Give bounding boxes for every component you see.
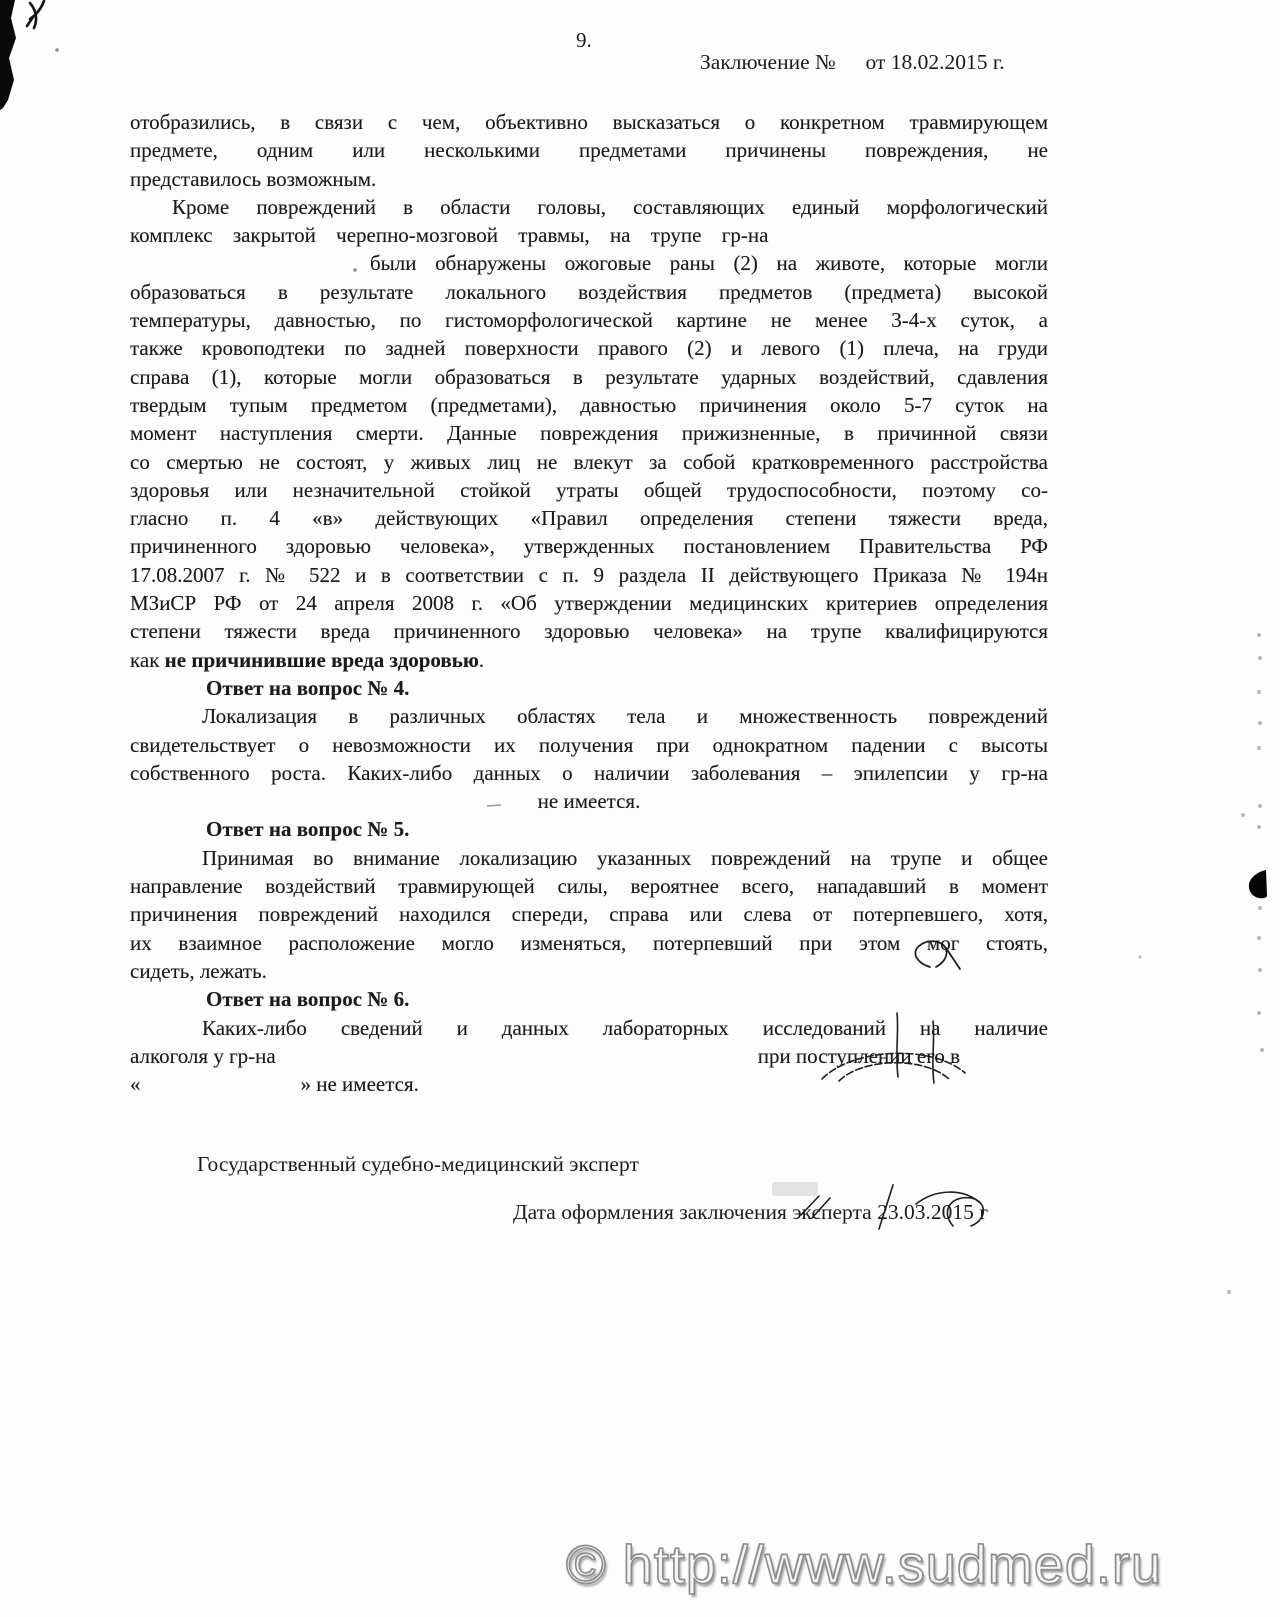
sudmed-watermark: © http://www.sudmed.ru bbox=[566, 1534, 1162, 1596]
text-run: момент наступления смерти. Данные повреж… bbox=[130, 421, 1048, 445]
text-line: Локализация в различных областях тела и … bbox=[130, 702, 1048, 730]
scan-smudge bbox=[772, 1182, 818, 1196]
text-run: Принимая во внимание локализацию указанн… bbox=[202, 846, 1048, 870]
text-run: Ответ на вопрос № 4. bbox=[206, 676, 409, 700]
text-line: гласно п. 4 «в» действующих «Правил опре… bbox=[130, 504, 1048, 532]
text-line: комплекс закрытой черепно-мозговой травм… bbox=[130, 221, 1048, 249]
text-run: не причинившие вреда здоровью bbox=[165, 648, 479, 672]
lambda-mark-icon bbox=[27, 1, 44, 28]
page-number: 9. bbox=[576, 28, 592, 53]
text-line: 17.08.2007 г. № 522 и в соответствии с п… bbox=[130, 561, 1048, 589]
text-run: их взаимное расположение могло изменятьс… bbox=[130, 931, 1048, 955]
text-line: направление воздействий травмирующей сил… bbox=[130, 872, 1048, 900]
text-run: « bbox=[130, 1072, 141, 1096]
text-line: со смертью не состоят, у живых лиц не вл… bbox=[130, 448, 1048, 476]
text-line: причинения повреждений находился спереди… bbox=[130, 900, 1048, 928]
text-line: сидеть, лежать. bbox=[130, 957, 1048, 985]
text-run: » не имеется. bbox=[301, 1072, 419, 1096]
text-run: Ответ на вопрос № 6. bbox=[206, 987, 409, 1011]
conclusion-date: от 18.02.2015 г. bbox=[866, 50, 1005, 74]
text-line: температуры, давностью, по гистоморфолог… bbox=[130, 306, 1048, 334]
text-run: 17.08.2007 г. № 522 и в соответствии с п… bbox=[130, 563, 1048, 587]
text-run: . bbox=[479, 648, 484, 672]
text-run: были обнаружены ожоговые раны (2) на жив… bbox=[370, 251, 1048, 275]
text-line: Каких-либо сведений и данных лабораторны… bbox=[130, 1014, 1048, 1042]
ink-dot bbox=[55, 48, 59, 52]
text-line: Принимая во внимание локализацию указанн… bbox=[130, 844, 1048, 872]
document-body: отобразились, в связи с чем, объективно … bbox=[130, 108, 1048, 1098]
text-line: твердым тупым предметом (предметами), да… bbox=[130, 391, 1048, 419]
text-run: причинения повреждений находился спереди… bbox=[130, 902, 1048, 926]
text-run: Локализация в различных областях тела и … bbox=[202, 704, 1048, 728]
scan-edge-strip bbox=[0, 0, 16, 110]
text-line: отобразились, в связи с чем, объективно … bbox=[130, 108, 1048, 136]
expert-title: Государственный судебно-медицинский эксп… bbox=[197, 1152, 639, 1177]
text-run: причиненного здоровью человека», утвержд… bbox=[130, 534, 1048, 558]
conclusion-issue-date: Дата оформления заключения эксперта 23.0… bbox=[513, 1200, 988, 1225]
scanned-document-page: { "page": { "number": "9.", "header_labe… bbox=[0, 0, 1280, 1617]
text-run: гласно п. 4 «в» действующих «Правил опре… bbox=[130, 506, 1048, 530]
conclusion-label: Заключение № bbox=[700, 50, 836, 74]
text-line: также кровоподтеки по задней поверхности… bbox=[130, 334, 1048, 362]
text-line: «» не имеется. bbox=[130, 1070, 1048, 1098]
text-run: образоваться в результате локального воз… bbox=[130, 280, 1048, 304]
text-run: собственного роста. Каких-либо данных о … bbox=[130, 761, 1048, 785]
text-run: не имеется. bbox=[538, 789, 641, 813]
text-line: здоровья или незначительной стойкой утра… bbox=[130, 476, 1048, 504]
text-line: Ответ на вопрос № 5. bbox=[130, 815, 1048, 843]
text-line: не имеется. bbox=[130, 787, 1048, 815]
text-run: направление воздействий травмирующей сил… bbox=[130, 874, 1048, 898]
text-run: Ответ на вопрос № 5. bbox=[206, 817, 409, 841]
text-line: образоваться в результате локального воз… bbox=[130, 278, 1048, 306]
text-run: алкоголя у гр-на bbox=[130, 1042, 276, 1070]
ink-blob-right-edge bbox=[1249, 870, 1267, 898]
text-run: представилось возможным. bbox=[130, 167, 376, 191]
text-run: также кровоподтеки по задней поверхности… bbox=[130, 336, 1048, 360]
text-run: Каких-либо сведений и данных лабораторны… bbox=[202, 1016, 1048, 1040]
text-run: твердым тупым предметом (предметами), да… bbox=[130, 393, 1048, 417]
text-line: их взаимное расположение могло изменятьс… bbox=[130, 929, 1048, 957]
text-line: причиненного здоровью человека», утвержд… bbox=[130, 532, 1048, 560]
text-run: справа (1), которые могли образоваться в… bbox=[130, 365, 1048, 389]
text-run: температуры, давностью, по гистоморфолог… bbox=[130, 308, 1048, 332]
text-run: МЗиСР РФ от 24 апреля 2008 г. «Об утверж… bbox=[130, 591, 1048, 615]
text-line: Ответ на вопрос № 4. bbox=[130, 674, 1048, 702]
text-run: свидетельствует о невозможности их получ… bbox=[130, 733, 1048, 757]
text-run: предмете, одним или несколькими предмета… bbox=[130, 138, 1048, 162]
text-line: представилось возможным. bbox=[130, 165, 1048, 193]
text-run: при поступлении его в bbox=[758, 1042, 960, 1070]
text-line: свидетельствует о невозможности их получ… bbox=[130, 731, 1048, 759]
text-run: со смертью не состоят, у живых лиц не вл… bbox=[130, 450, 1048, 474]
speckles-right-margin bbox=[1138, 633, 1264, 1294]
text-run: степени тяжести вреда причиненного здоро… bbox=[130, 619, 1048, 643]
text-line: были обнаружены ожоговые раны (2) на жив… bbox=[130, 249, 1048, 277]
text-run: комплекс закрытой черепно-мозговой травм… bbox=[130, 223, 768, 247]
text-run: здоровья или незначительной стойкой утра… bbox=[130, 478, 1048, 502]
text-line: Ответ на вопрос № 6. bbox=[130, 985, 1048, 1013]
text-line: алкоголя у гр-напри поступлении его в bbox=[130, 1042, 1048, 1070]
text-line: Кроме повреждений в области головы, сост… bbox=[130, 193, 1048, 221]
text-line: справа (1), которые могли образоваться в… bbox=[130, 363, 1048, 391]
text-line: степени тяжести вреда причиненного здоро… bbox=[130, 617, 1048, 645]
text-line: МЗиСР РФ от 24 апреля 2008 г. «Об утверж… bbox=[130, 589, 1048, 617]
text-line: как не причинившие вреда здоровью. bbox=[130, 646, 1048, 674]
text-line: собственного роста. Каких-либо данных о … bbox=[130, 759, 1048, 787]
text-run: Кроме повреждений в области головы, сост… bbox=[172, 195, 1048, 219]
document-header: Заключение №от 18.02.2015 г. bbox=[700, 50, 1005, 75]
text-run: как bbox=[130, 648, 165, 672]
text-run: сидеть, лежать. bbox=[130, 959, 267, 983]
text-line: момент наступления смерти. Данные повреж… bbox=[130, 419, 1048, 447]
text-run: отобразились, в связи с чем, объективно … bbox=[130, 110, 1048, 134]
text-line: предмете, одним или несколькими предмета… bbox=[130, 136, 1048, 164]
